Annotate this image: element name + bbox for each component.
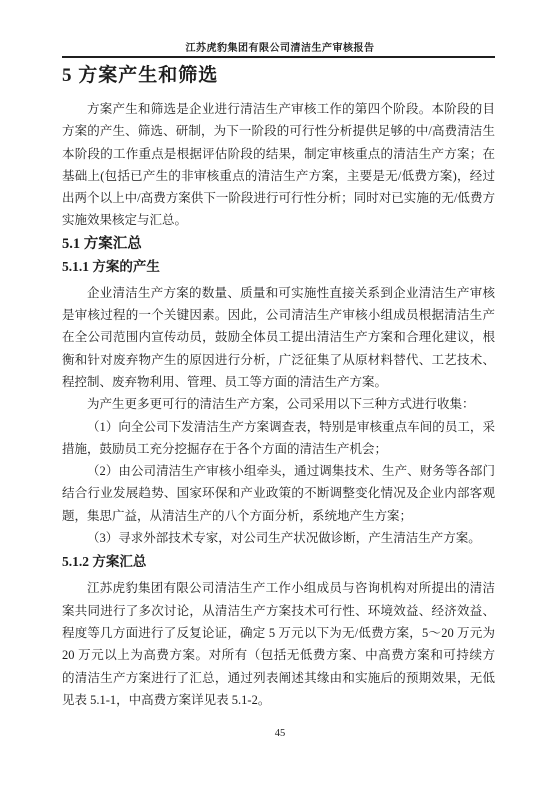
text-line: 题，集思广益，从清洁生产的八个方面分析，系统地产生方案；	[62, 505, 495, 527]
section-heading-5-1-2: 5.1.2 方案汇总	[62, 552, 495, 571]
text-line: 程控制、废弃物利用、管理、员工等方面的清洁生产方案。	[62, 371, 495, 393]
page-header-title: 江苏虎豹集团有限公司清洁生产审核报告	[0, 39, 560, 54]
text-line: 措施，鼓励员工充分挖掘存在于各个方面的清洁生产机会；	[62, 438, 495, 460]
text-line: 的清洁生产方案进行了汇总，通过列表阐述其缘由和实施后的预期效果，无低费方案详	[62, 667, 495, 689]
paragraph-intro: 方案产生和筛选是企业进行清洁生产审核工作的第四个阶段。本阶段的目的是通过 方案的…	[62, 98, 495, 232]
paragraph-scheme-summary: 江苏虎豹集团有限公司清洁生产工作小组成员与咨询机构对所提出的清洁生产方 案共同进…	[62, 577, 495, 711]
text-line: （3）寻求外部技术专家，对公司生产状况做诊断，产生清洁生产方案。	[62, 527, 495, 549]
text-line: 结合行业发展趋势、国家环保和产业政策的不断调整变化情况及企业内部客观存在的问	[62, 482, 495, 504]
text-line: 本阶段的工作重点是根据评估阶段的结果，制定审核重点的清洁生产方案；在分类汇总	[62, 143, 495, 165]
list-item-1: （1）向全公司下发清洁生产方案调查表，特别是审核重点车间的员工，采用激励 措施，…	[62, 416, 495, 461]
page-number: 45	[0, 728, 560, 739]
section-heading-5-1: 5.1 方案汇总	[62, 234, 495, 254]
text-line: 江苏虎豹集团有限公司清洁生产工作小组成员与咨询机构对所提出的清洁生产方	[62, 577, 495, 599]
list-item-3: （3）寻求外部技术专家，对公司生产状况做诊断，产生清洁生产方案。	[62, 527, 495, 549]
paragraph-scheme-generation: 企业清洁生产方案的数量、质量和可实施性直接关系到企业清洁生产审核的成效， 是审核…	[62, 282, 495, 393]
header-rule	[62, 56, 495, 58]
paragraph-collection-intro: 为产生更多更可行的清洁生产方案，公司采用以下三种方式进行收集：	[62, 393, 495, 415]
text-line: （1）向全公司下发清洁生产方案调查表，特别是审核重点车间的员工，采用激励	[62, 416, 495, 438]
text-line: 程度等几方面进行了反复论证，确定 5 万元以下为无/低费方案，5～20 万元为中…	[62, 622, 495, 644]
document-page: 江苏虎豹集团有限公司清洁生产审核报告 5 方案产生和筛选 方案产生和筛选是企业进…	[0, 0, 560, 792]
text-line: 为产生更多更可行的清洁生产方案，公司采用以下三种方式进行收集：	[62, 393, 495, 415]
document-body: 5 方案产生和筛选 方案产生和筛选是企业进行清洁生产审核工作的第四个阶段。本阶段…	[62, 62, 495, 711]
text-line: 案共同进行了多次讨论，从清洁生产方案技术可行性、环境效益、经济效益、实施难易	[62, 600, 495, 622]
text-line: 见表 5.1-1，中高费方案详见表 5.1-2。	[62, 689, 495, 711]
text-line: 实施效果核定与汇总。	[62, 209, 495, 231]
list-item-2: （2）由公司清洁生产审核小组牵头，通过调集技术、生产、财务等各部门人员， 结合行…	[62, 460, 495, 527]
text-line: （2）由公司清洁生产审核小组牵头，通过调集技术、生产、财务等各部门人员，	[62, 460, 495, 482]
section-heading-5: 5 方案产生和筛选	[62, 64, 495, 88]
text-line: 基础上(包括已产生的非审核重点的清洁生产方案，主要是无/低费方案)，经过筛选确定	[62, 165, 495, 187]
text-line: 方案的产生、筛选、研制，为下一阶段的可行性分析提供足够的中/高费清洁生产方案。	[62, 120, 495, 142]
text-line: 企业清洁生产方案的数量、质量和可实施性直接关系到企业清洁生产审核的成效，	[62, 282, 495, 304]
text-line: 在全公司范围内宣传动员，鼓励全体员工提出清洁生产方案和合理化建议，根据物料平	[62, 326, 495, 348]
text-line: 是审核过程的一个关键因素。因此，公司清洁生产审核小组成员根据清洁生产审核程序，	[62, 304, 495, 326]
text-line: 衡和针对废弃物产生的原因进行分析，广泛征集了从原材料替代、工艺技术、设备、过	[62, 349, 495, 371]
text-line: 20 万元以上为高费方案。对所有（包括无低费方案、中高费方案和可持续方案）征集到	[62, 644, 495, 666]
text-line: 方案产生和筛选是企业进行清洁生产审核工作的第四个阶段。本阶段的目的是通过	[62, 98, 495, 120]
text-line: 出两个以上中/高费方案供下一阶段进行可行性分析；同时对已实施的无/低费方案进行	[62, 187, 495, 209]
section-heading-5-1-1: 5.1.1 方案的产生	[62, 257, 495, 276]
